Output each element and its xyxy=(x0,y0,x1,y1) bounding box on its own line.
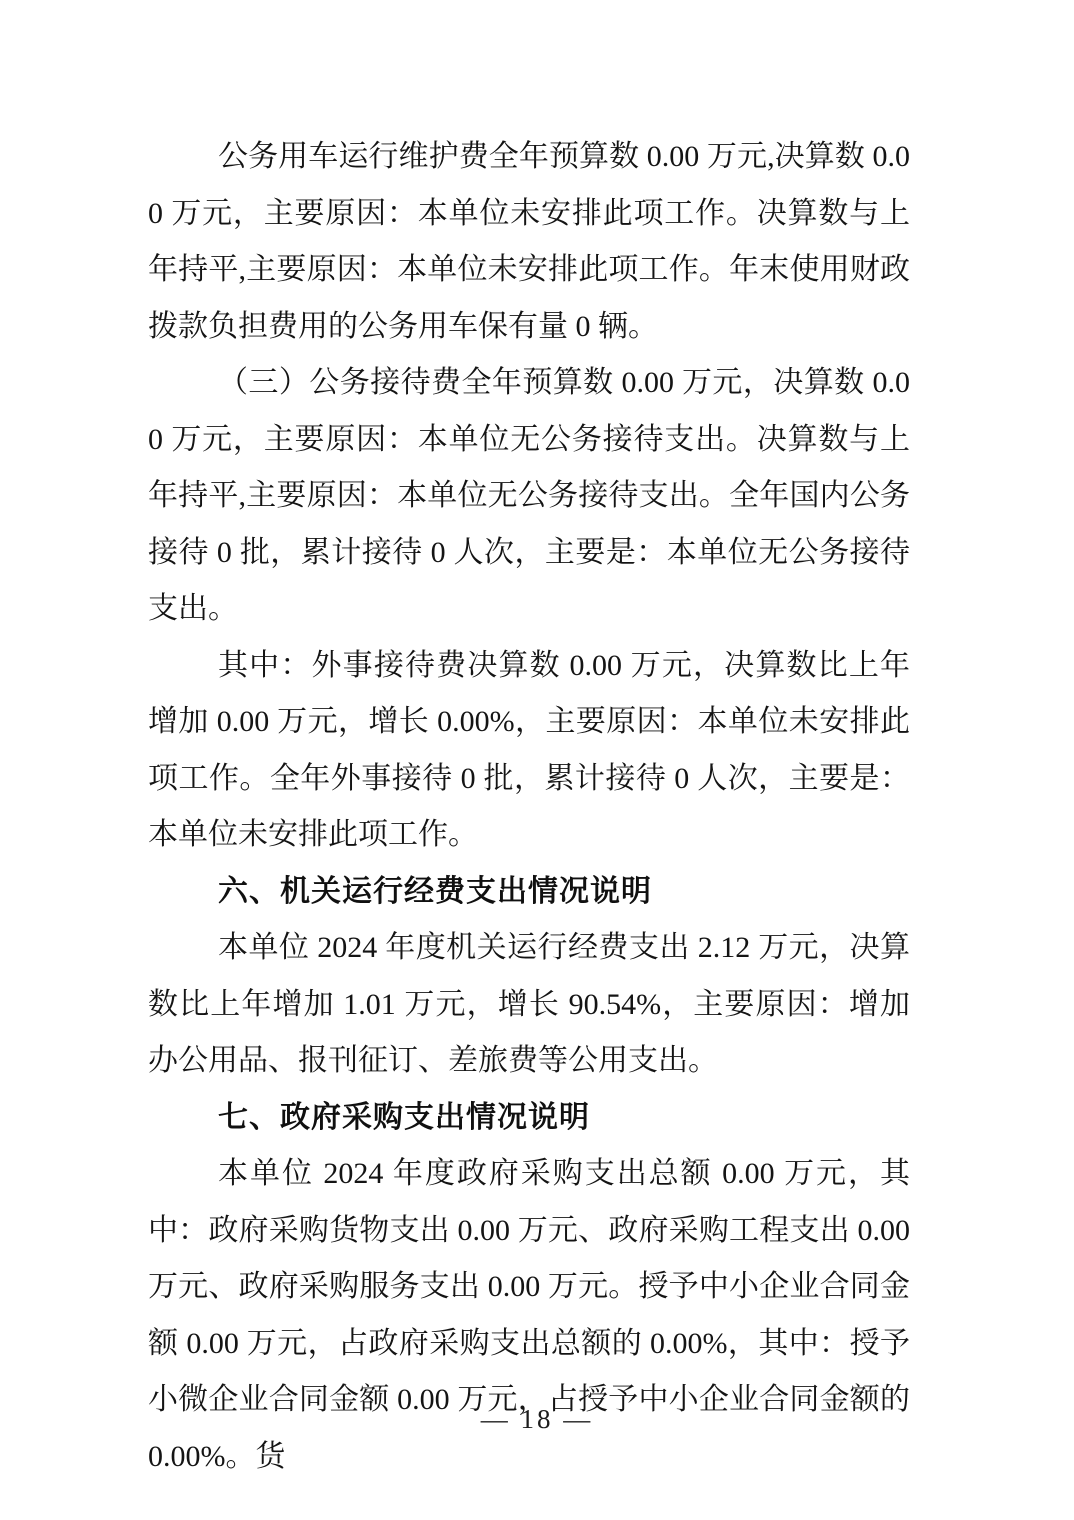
paragraph-vehicle-maintenance-fee: 公务用车运行维护费全年预算数 0.00 万元,决算数 0.00 万元，主要原因：… xyxy=(148,129,910,355)
document-body: 公务用车运行维护费全年预算数 0.00 万元,决算数 0.00 万元，主要原因：… xyxy=(148,129,910,1485)
paragraph-official-reception-fee: （三）公务接待费全年预算数 0.00 万元，决算数 0.00 万元，主要原因：本… xyxy=(148,355,910,638)
section-heading-operating-expenses: 六、机关运行经费支出情况说明 xyxy=(148,864,910,921)
section-heading-government-procurement: 七、政府采购支出情况说明 xyxy=(148,1090,910,1147)
paragraph-foreign-reception-fee: 其中：外事接待费决算数 0.00 万元，决算数比上年增加 0.00 万元，增长 … xyxy=(148,638,910,864)
page-number: — 18 — xyxy=(0,1402,1074,1436)
document-page: 公务用车运行维护费全年预算数 0.00 万元,决算数 0.00 万元，主要原因：… xyxy=(0,0,1074,1520)
paragraph-operating-expenses: 本单位 2024 年度机关运行经费支出 2.12 万元，决算数比上年增加 1.0… xyxy=(148,920,910,1090)
